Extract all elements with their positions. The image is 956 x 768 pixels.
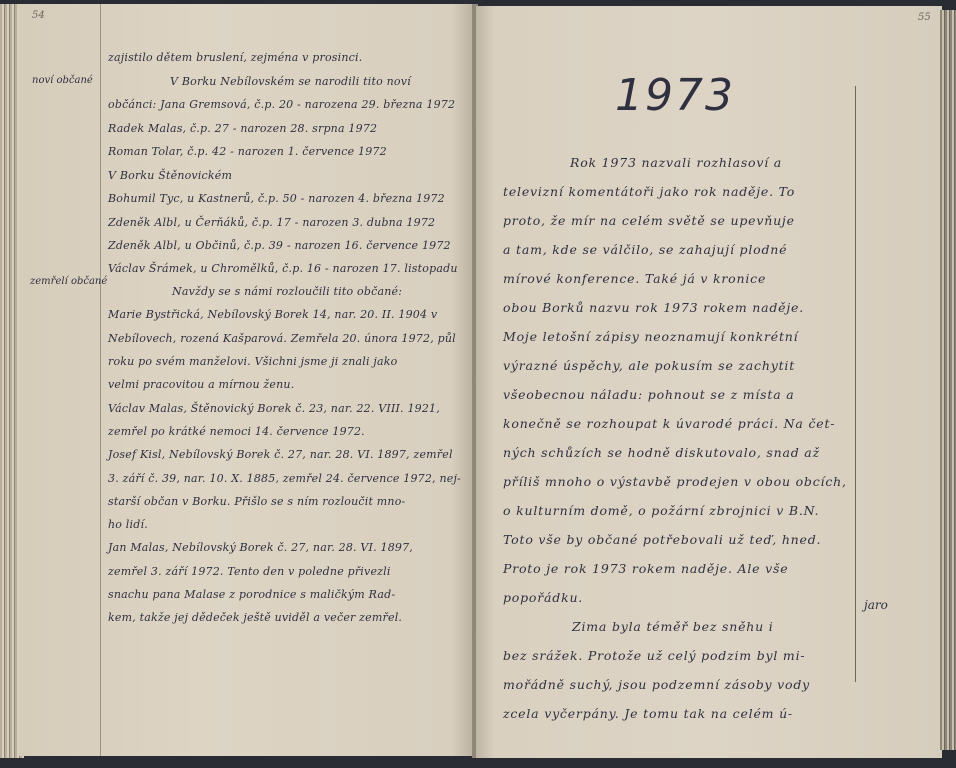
left-line: 3. září č. 39, nar. 10. X. 1885, zemřel … xyxy=(108,472,461,485)
right-line: obou Borků nazvu rok 1973 rokem naděje. xyxy=(503,300,804,315)
left-line: snachu pana Malase z porodnice s maličký… xyxy=(108,588,395,601)
right-line: konečně se rozhoupat k úvarodé práci. Na… xyxy=(503,416,835,431)
right-line: zcela vyčerpány. Je tomu tak na celém ú- xyxy=(503,706,793,721)
right-line: a tam, kde se válčilo, se zahajují plodn… xyxy=(503,242,787,257)
right-line: Toto vše by občané potřebovali už teď, h… xyxy=(503,532,821,547)
right-line: příliš mnoho o výstavbě prodejen v obou … xyxy=(503,474,847,489)
open-chronicle-book: 54 55 noví občané zemřelí občané zajisti… xyxy=(0,0,956,768)
right-line: Rok 1973 nazvali rozhlasoví a xyxy=(570,155,782,170)
right-line: všeobecnou náladu: pohnout se z místa a xyxy=(503,387,795,402)
left-line: Zdeněk Albl, u Občinů, č.p. 39 - narozen… xyxy=(108,239,451,252)
left-line: ho lidí. xyxy=(108,518,148,531)
left-line: zemřel po krátké nemoci 14. července 197… xyxy=(108,425,365,438)
left-line: Radek Malas, č.p. 27 - narozen 28. srpna… xyxy=(108,122,377,135)
left-line: Václav Malas, Štěnovický Borek č. 23, na… xyxy=(108,402,440,415)
left-line: V Borku Štěnovickém xyxy=(108,169,232,182)
left-line: občánci: Jana Gremsová, č.p. 20 - naroze… xyxy=(108,98,455,111)
right-line: popořádku. xyxy=(503,590,583,605)
left-line: Václav Šrámek, u Chromělků, č.p. 16 - na… xyxy=(108,262,458,275)
left-line: Jan Malas, Nebílovský Borek č. 27, nar. … xyxy=(108,541,413,554)
left-line: Josef Kisl, Nebílovský Borek č. 27, nar.… xyxy=(108,448,453,461)
margin-note-spring: jaro xyxy=(864,598,888,612)
left-line: Marie Bystřická, Nebílovský Borek 14, na… xyxy=(108,308,437,321)
right-line: Moje letošní zápisy neoznamují konkrétní xyxy=(503,329,798,344)
right-line: mořádně suchý, jsou podzemní zásoby vody xyxy=(503,677,810,692)
left-line: kem, takže jej dědeček ještě uviděl a ve… xyxy=(108,611,402,624)
margin-note-new-citizens: noví občané xyxy=(32,75,93,86)
right-line: mírové konference. Také já v kronice xyxy=(503,271,766,286)
left-line: Navždy se s námi rozloučili tito občané: xyxy=(172,285,402,298)
right-line: bez srážek. Protože už celý podzim byl m… xyxy=(503,648,805,663)
left-margin-rule xyxy=(100,4,101,756)
left-line: roku po svém manželovi. Všichni jsme ji … xyxy=(108,355,397,368)
margin-note-deceased-citizens: zemřelí občané xyxy=(30,276,107,287)
right-line: televizní komentátoři jako rok naděje. T… xyxy=(503,184,795,199)
year-heading: 1973 xyxy=(615,70,735,121)
right-page-edges xyxy=(940,10,956,750)
left-line: Bohumil Tyc, u Kastnerů, č.p. 50 - naroz… xyxy=(108,192,445,205)
right-line: ných schůzích se hodně diskutovalo, snad… xyxy=(503,445,820,460)
left-line: velmi pracovitou a mírnou ženu. xyxy=(108,378,294,391)
left-page-number: 54 xyxy=(32,10,45,21)
left-line: Zdeněk Albl, u Čerňáků, č.p. 17 - naroze… xyxy=(108,216,435,229)
left-line: Roman Tolar, č.p. 42 - narozen 1. červen… xyxy=(108,145,387,158)
left-line: starší občan v Borku. Přišlo se s ním ro… xyxy=(108,495,405,508)
right-line: výrazné úspěchy, ale pokusím se zachytit xyxy=(503,358,795,373)
right-line: Zima byla téměř bez sněhu i xyxy=(572,619,774,634)
left-line: V Borku Nebílovském se narodili tito nov… xyxy=(170,75,411,88)
left-line: zemřel 3. září 1972. Tento den v poledne… xyxy=(108,565,391,578)
left-line: zajistilo dětem bruslení, zejména v pros… xyxy=(108,51,362,64)
right-line: proto, že mír na celém světě se upevňuje xyxy=(503,213,795,228)
right-line: o kulturním domě, o požární zbrojnici v … xyxy=(503,503,819,518)
right-line: Proto je rok 1973 rokem naděje. Ale vše xyxy=(503,561,788,576)
right-page-number: 55 xyxy=(918,12,931,23)
left-line: Nebílovech, rozená Kašparová. Zemřela 20… xyxy=(108,332,456,345)
right-margin-rule xyxy=(855,86,856,682)
